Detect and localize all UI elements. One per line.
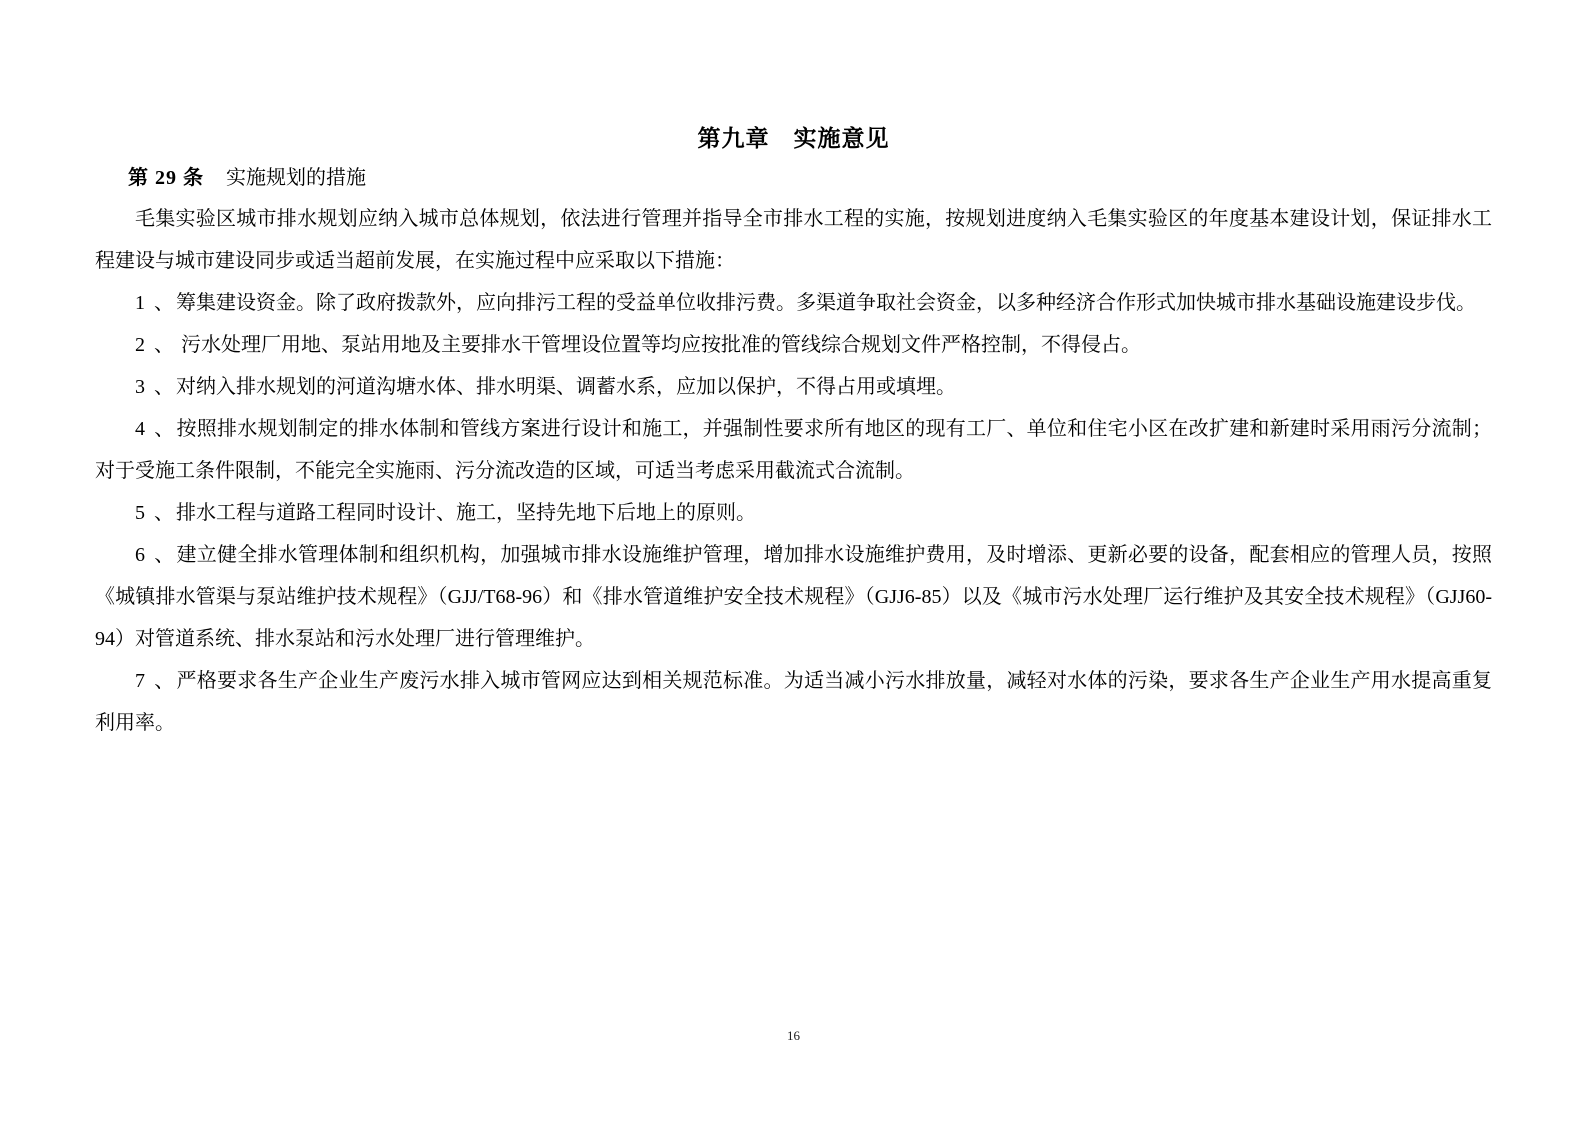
item-text: 建立健全排水管理体制和组织机构，加强城市排水设施维护管理，增加排水设施维护费用，… bbox=[95, 544, 1492, 650]
intro-text: 毛集实验区城市排水规划应纳入城市总体规划，依法进行管理并指导全市排水工程的实施，… bbox=[95, 208, 1492, 272]
item-number: 2 、 bbox=[135, 334, 176, 356]
page-number: 16 bbox=[0, 1028, 1587, 1044]
intro-paragraph: 毛集实验区城市排水规划应纳入城市总体规划，依法进行管理并指导全市排水工程的实施，… bbox=[95, 198, 1492, 282]
item-number: 6 、 bbox=[135, 544, 177, 566]
list-item: 3 、对纳入排水规划的河道沟塘水体、排水明渠、调蓄水系，应加以保护，不得占用或填… bbox=[95, 366, 1492, 408]
article-title: 实施规划的措施 bbox=[226, 167, 366, 189]
page-content: 第九章 实施意见 第 29 条实施规划的措施 毛集实验区城市排水规划应纳入城市总… bbox=[0, 0, 1587, 744]
list-item: 5 、排水工程与道路工程同时设计、施工，坚持先地下后地上的原则。 bbox=[95, 492, 1492, 534]
list-item: 2 、 污水处理厂用地、泵站用地及主要排水干管埋设位置等均应按批准的管线综合规划… bbox=[95, 324, 1492, 366]
item-number: 7 、 bbox=[135, 670, 177, 692]
article-heading: 第 29 条实施规划的措施 bbox=[128, 158, 1492, 198]
item-text: 筹集建设资金。除了政府拨款外，应向排污工程的受益单位收排污费。多渠道争取社会资金… bbox=[176, 292, 1476, 314]
item-number: 3 、 bbox=[135, 376, 176, 398]
article-number: 第 29 条 bbox=[128, 167, 204, 189]
item-text: 污水处理厂用地、泵站用地及主要排水干管埋设位置等均应按批准的管线综合规划文件严格… bbox=[176, 334, 1141, 356]
item-text: 排水工程与道路工程同时设计、施工，坚持先地下后地上的原则。 bbox=[176, 502, 756, 524]
item-number: 1 、 bbox=[135, 292, 176, 314]
item-text: 严格要求各生产企业生产废污水排入城市管网应达到相关规范标准。为适当减小污水排放量… bbox=[95, 670, 1492, 734]
list-item: 4 、按照排水规划制定的排水体制和管线方案进行设计和施工，并强制性要求所有地区的… bbox=[95, 408, 1492, 492]
chapter-title: 第九章 实施意见 bbox=[95, 122, 1492, 156]
list-item: 7 、严格要求各生产企业生产废污水排入城市管网应达到相关规范标准。为适当减小污水… bbox=[95, 660, 1492, 744]
list-item: 1 、筹集建设资金。除了政府拨款外，应向排污工程的受益单位收排污费。多渠道争取社… bbox=[95, 282, 1492, 324]
item-number: 5 、 bbox=[135, 502, 176, 524]
item-text: 对纳入排水规划的河道沟塘水体、排水明渠、调蓄水系，应加以保护，不得占用或填埋。 bbox=[176, 376, 956, 398]
document-page: 第九章 实施意见 第 29 条实施规划的措施 毛集实验区城市排水规划应纳入城市总… bbox=[0, 0, 1587, 1122]
list-item: 6 、建立健全排水管理体制和组织机构，加强城市排水设施维护管理，增加排水设施维护… bbox=[95, 534, 1492, 660]
item-number: 4 、 bbox=[135, 418, 177, 440]
item-text: 按照排水规划制定的排水体制和管线方案进行设计和施工，并强制性要求所有地区的现有工… bbox=[95, 418, 1492, 482]
